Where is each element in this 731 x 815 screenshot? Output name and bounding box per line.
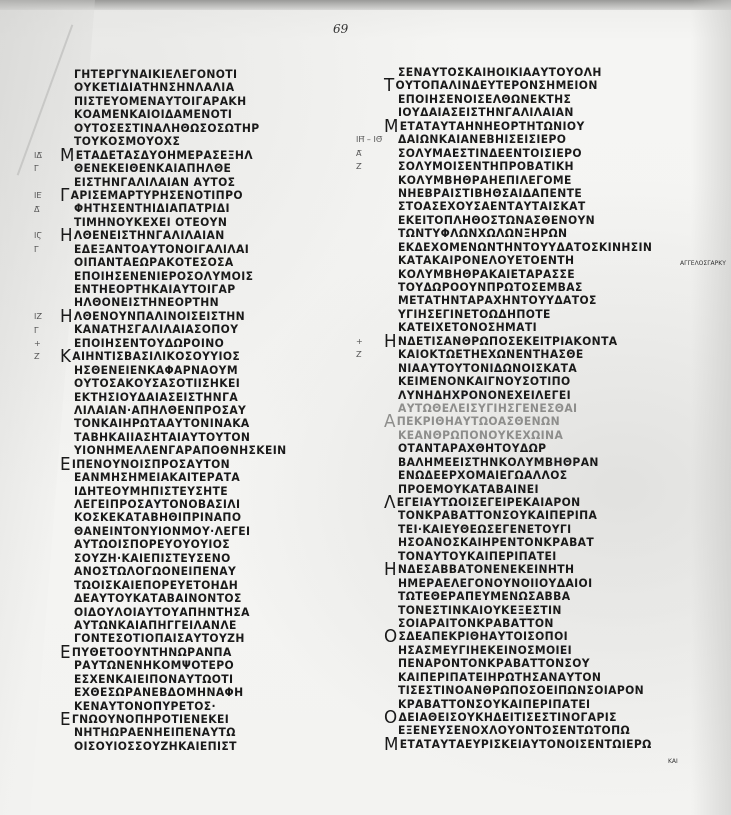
manuscript-line: ΚΑΤΕΙΧΕΤΟΝΟΣΗΜΑΤΙ <box>398 321 677 334</box>
manuscript-line: ΛΙΛΑΙΑΝ·ΑΠΗΛΘΕΝΠΡΟΣΑΥ <box>74 404 325 417</box>
eusebian-section-mark: Γ̅ <box>34 245 38 254</box>
manuscript-line: ΚΑΤΑΚΑΙΡΟΝΕΛΟΥΕΤΟΕΝΤΗ <box>398 254 677 267</box>
manuscript-line: ΘΑΝΕΙΝΤΟΝΥΙΟΝΜΟΥ·ΛΕΓΕΙ <box>74 525 325 538</box>
manuscript-line: ΤΙΣΕΣΤΙΝΟΑΝΘΡΩΠΟΣΟΕΙΠΩΝΣΟΙΑΡΟΝ <box>398 684 677 697</box>
manuscript-line: ΕΧΘΕΣΩΡΑΝΕΒΔΟΜΗΝΑΦΗ <box>74 686 325 699</box>
manuscript-line: ΑΥΤΩΟΙΣΠΟΡΕΥΟΥΟΥΙΟΣ <box>74 538 325 551</box>
manuscript-line: ΒΑΛΗΜΕΕΙΣΤΗΝΚΟΛΥΜΒΗΘΡΑΝ <box>398 456 677 469</box>
manuscript-line: ΤΟΝΚΡΑΒΑΤΤΟΝΣΟΥΚΑΙΠΕΡΙΠΑ <box>398 509 677 522</box>
enlarged-initial: Μ <box>384 734 399 755</box>
manuscript-line: ΓΗΤΕΡΓΥΝΑΙΚΙΕΛΕΓΟΝΟΤΙ <box>74 68 325 81</box>
line-text: ΓΝΩΟΥΝΟΠΗΡΟΤΙΕΝΕΚΕΙ <box>72 712 229 726</box>
eusebian-section-mark: ΙΖ̅ <box>34 312 42 321</box>
eusebian-section-mark: ΙΗ̅ – ΙΘ̅ <box>356 135 382 144</box>
manuscript-line: ΙΔΗΤΕΟΥΜΗΠΙΣΤΕΥΣΗΤΕ <box>74 485 325 498</box>
manuscript-line: ΑΥΤΩΝΚΑΙΑΠΗΓΓΕΙΛΑΝΛΕ <box>74 619 325 632</box>
manuscript-line: ΗΝΔΕΤΙΣΑΝΘΡΩΠΟΣΕΚΕΙΤΡΙΑΚΟΝΤΑ <box>384 335 676 348</box>
manuscript-line: ΟΔΕΙΑΘΕΙΣΟΥΚΗΔΕΙΤΙΣΕΣΤΙΝΟΓΑΡΙΣ <box>384 711 676 724</box>
manuscript-line: ΥΓΙΗΣΕΓΙΝΕΤΟΩΔΗΠΟΤΕ <box>398 308 677 321</box>
manuscript-line: ΕΙΠΕΝΟΥΝΟΙΣΠΡΟΣΑΥΤΟΝ <box>60 458 324 471</box>
manuscript-line: ΚΑΙΗΝΤΙΣΒΑΣΙΛΙΚΟΣΟΥΥΙΟΣ <box>60 350 324 363</box>
manuscript-line: ΤΟΥΤΟΠΑΛΙΝΔΕΥΤΕΡΟΝΣΗΜΕΙΟΝ <box>384 79 676 92</box>
manuscript-line: ΕΠΟΙΗΣΕΝΟΙΣΕΛΘΩΝΕΚΤΗΣ <box>398 93 677 106</box>
manuscript-line: ΣΕΝΑΥΤΟΣΚΑΙΗΟΙΚΙΑΑΥΤΟΥΟΛΗ <box>398 66 677 79</box>
manuscript-line: ΡΑΥΤΩΝΕΝΗΚΟΜΨΟΤΕΡΟ <box>74 659 325 672</box>
manuscript-line: ΤΟΝΚΑΙΗΡΩΤΑΑΥΤΟΝΙΝΑΚΑ <box>74 417 325 430</box>
manuscript-line: ΟΙΣΟΥΙΟΣΣΟΥΖΗΚΑΙΕΠΙΣΤ <box>74 740 325 753</box>
corrector-note: ΚΑΙ <box>668 758 678 765</box>
manuscript-line: ΕΞΕΝΕΥΣΕΝΟΧΛΟΥΟΝΤΟΣΕΝΤΩΤΟΠΩ <box>398 724 677 737</box>
eusebian-section-mark: + <box>34 339 41 348</box>
line-text: ΝΔΕΤΙΣΑΝΘΡΩΠΟΣΕΚΕΙΤΡΙΑΚΟΝΤΑ <box>398 334 618 348</box>
manuscript-line: ΚΕΑΝΘΡΩΠΟΝΟΥΚΕΧΩΙΝΑ <box>398 429 677 442</box>
enlarged-initial: Κ <box>60 346 71 367</box>
manuscript-line: ΗΛΘΕΝΕΙΣΤΗΝΓΑΛΙΛΑΙΑΝ <box>60 229 324 242</box>
eusebian-section-mark: Α̅ <box>356 149 361 158</box>
manuscript-line: ΣΟΛΥΜΟΙΣΕΝΤΗΠΡΟΒΑΤΙΚΗ <box>398 160 677 173</box>
page-top-edge <box>0 0 731 10</box>
manuscript-line: ΤΙΜΗΝΟΥΚΕΧΕΙ ΟΤΕΟΥΝ <box>74 216 325 229</box>
manuscript-line: ΕΓΝΩΟΥΝΟΠΗΡΟΤΙΕΝΕΚΕΙ <box>60 713 324 726</box>
manuscript-line: ΜΕΤΑΤΑΥΤΑΕΥΡΙΣΚΕΙΑΥΤΟΝΟΙΣΕΝΤΩΙΕΡΩ <box>384 738 676 751</box>
manuscript-line: ΕΔΕΞΑΝΤΟΑΥΤΟΝΟΙΓΑΛΙΛΑΙ <box>74 243 325 256</box>
manuscript-line: ΕΠΥΘΕΤΟΟΥΝΤΗΝΩΡΑΝΠΑ <box>60 646 324 659</box>
line-text: ΙΠΕΝΟΥΝΟΙΣΠΡΟΣΑΥΤΟΝ <box>72 457 230 471</box>
eusebian-section-mark: Ζ̅ <box>356 162 361 171</box>
line-text: ΕΤΑΔΕΤΑΣΔΥΟΗΜΕΡΑΣΕΞΗΛ <box>76 148 253 162</box>
manuscript-line: ΤΟΥΔΩΡΟΟΥΝΠΡΩΤΟΣΕΜΒΑΣ <box>398 281 677 294</box>
manuscript-line: ΛΕΓΕΙΑΥΤΩΟΙΣΕΓΕΙΡΕΚΑΙΑΡΟΝ <box>384 496 676 509</box>
manuscript-line: ΣΟΥΖΗ·ΚΑΙΕΠΙΣΤΕΥΣΕΝΟ <box>74 552 325 565</box>
enlarged-initial: Ε <box>60 642 71 663</box>
manuscript-line: ΔΑΙΩΝΚΑΙΑΝΕΒΗΙΣΕΙΣΙΕΡΟ <box>398 133 677 146</box>
manuscript-line: ΗΝΔΕΣΑΒΒΑΤΟΝΕΝΕΚΕΙΝΗΤΗ <box>384 563 676 576</box>
enlarged-initial: Γ <box>60 185 70 206</box>
enlarged-initial: Η <box>384 559 397 580</box>
line-text: ΕΤΑΤΑΥΤΑΗΝΗΕΟΡΤΗΤΩΝΙΟΥ <box>400 119 585 133</box>
enlarged-initial: Η <box>384 331 397 352</box>
manuscript-line: ΚΕΙΜΕΝΟΝΚΑΙΓΝΟΥΣΟΤΙΠΟ <box>398 375 677 388</box>
manuscript-line: ΕΠΟΙΗΣΕΝΕΝΙΕΡΟΣΟΛΥΜΟΙΣ <box>74 270 325 283</box>
manuscript-line: ΝΙΑΑΥΤΟΥΤΟΝΙΔΩΝΟΙΣΚΑΤΑ <box>398 362 677 375</box>
manuscript-line: ΛΕΓΕΙΠΡΟΣΑΥΤΟΝΟΒΑΣΙΛΙ <box>74 498 325 511</box>
right-column: ΣΕΝΑΥΤΟΣΚΑΙΗΟΙΚΙΑΑΥΤΟΥΟΛΗΤΟΥΤΟΠΑΛΙΝΔΕΥΤΕ… <box>398 66 698 751</box>
manuscript-line: ΠΡΟΕΜΟΥΚΑΤΑΒΑΙΝΕΙ <box>398 483 677 496</box>
manuscript-line: ΤΟΝΕΣΤΙΝΚΑΙΟΥΚΕΞΕΣΤΙΝ <box>398 604 677 617</box>
manuscript-line: ΗΛΘΕΝΟΥΝΠΑΛΙΝΟΙΣΕΙΣΤΗΝ <box>60 310 324 323</box>
manuscript-line: ΕΣΧΕΝΚΑΙΕΙΠΟΝΑΥΤΩΟΤΙ <box>74 673 325 686</box>
manuscript-line: ΚΑΙΟΚΤΩΕΤΗΕΧΩΝΕΝΤΗΑΣΘΕ <box>398 348 677 361</box>
manuscript-page: 69 ΓΗΤΕΡΓΥΝΑΙΚΙΕΛΕΓΟΝΟΤΙΟΥΚΕΤΙΔΙΑΤΗΝΣΗΝΛ… <box>0 0 731 815</box>
manuscript-line: ΗΜΕΡΑΕΛΕΓΟΝΟΥΝΟΙΙΟΥΔΑΙΟΙ <box>398 577 677 590</box>
manuscript-line: ΕΚΕΙΤΟΠΛΗΘΟΣΤΩΝΑΣΘΕΝΟΥΝ <box>398 214 677 227</box>
eusebian-section-mark: Δ̅ <box>34 205 39 214</box>
manuscript-line: ΚΟΣΚΕΚΑΤΑΒΗΘΙΠΡΙΝΑΠΟ <box>74 511 325 524</box>
manuscript-line: ΚΟΛΥΜΒΗΘΡΑΗΕΠΙΛΕΓΟΜΕ <box>398 174 677 187</box>
eusebian-section-mark: Ζ̅ <box>356 350 361 359</box>
manuscript-line: ΕΑΝΜΗΣΗΜΕΙΑΚΑΙΤΕΡΑΤΑ <box>74 471 325 484</box>
enlarged-initial: Ο <box>384 626 398 647</box>
manuscript-line: ΚΑΙΠΕΡΙΠΑΤΕΙΗΡΩΤΗΣΑΝΑΥΤΟΝ <box>398 671 677 684</box>
manuscript-line: ΜΕΤΑΤΗΝΤΑΡΑΧΗΝΤΟΥΥΔΑΤΟΣ <box>398 294 677 307</box>
line-text: ΝΔΕΣΑΒΒΑΤΟΝΕΝΕΚΕΙΝΗΤΗ <box>398 562 574 576</box>
manuscript-line: ΤΕΙ·ΚΑΙΕΥΘΕΩΣΕΓΕΝΕΤΟΥΓΙ <box>398 523 677 536</box>
enlarged-initial: Ο <box>384 707 398 728</box>
line-text: ΠΕΚΡΙΘΗΑΥΤΩΟΑΣΘΕΝΩΝ <box>397 414 560 428</box>
manuscript-line: ΕΠΟΙΗΣΕΝΤΟΥΔΩΡΟΙΝΟ <box>74 337 325 350</box>
line-text: ΛΘΕΝΕΙΣΤΗΝΓΑΛΙΛΑΙΑΝ <box>74 228 225 242</box>
manuscript-line: ΥΙΟΝΗΜΕΛΛΕΝΓΑΡΑΠΟΘΝΗΣΚΕΙΝ <box>74 444 325 457</box>
manuscript-line: ΤΩΟΙΣΚΑΙΕΠΟΡΕΥΕΤΟΗΔΗ <box>74 579 325 592</box>
manuscript-line: ΟΥΚΕΤΙΔΙΑΤΗΝΣΗΝΛΑΛΙΑ <box>74 81 325 94</box>
line-text: ΑΙΗΝΤΙΣΒΑΣΙΛΙΚΟΣΟΥΥΙΟΣ <box>72 349 240 363</box>
manuscript-line: ΤΟΥΚΟΣΜΟΥΟΧΣ <box>74 135 325 148</box>
manuscript-line: ΟΤΑΝΤΑΡΑΧΘΗΤΟΥΔΩΡ <box>398 442 677 455</box>
eusebian-section-mark: + <box>356 337 363 346</box>
manuscript-line: ΤΑΒΗΚΑΙΙΑΣΗΤΑΙΑΥΤΟΥΤΟΝ <box>74 431 325 444</box>
manuscript-line: ΤΩΝΤΥΦΛΩΝΧΩΛΩΝΞΗΡΩΝ <box>398 227 677 240</box>
enlarged-initial: Τ <box>384 75 395 96</box>
eusebian-section-mark: Γ̅ <box>34 326 38 335</box>
manuscript-line: ΚΟΑΜΕΝΚΑΙΟΙΔΑΜΕΝΟΤΙ <box>74 108 325 121</box>
manuscript-line: ΕΚΤΗΣΙΟΥΔΑΙΑΣΕΙΣΤΗΝΓΑ <box>74 391 325 404</box>
enlarged-initial: Ε <box>60 454 71 475</box>
manuscript-line: ΟΙΠΑΝΤΑΕΩΡΑΚΟΤΕΣΟΣΑ <box>74 256 325 269</box>
manuscript-line: ΜΕΤΑΔΕΤΑΣΔΥΟΗΜΕΡΑΣΕΞΗΛ <box>60 149 324 162</box>
manuscript-line: ΚΕΝΑΥΤΟΝΟΠΥΡΕΤΟΣ· <box>74 700 325 713</box>
manuscript-line: ΔΕΑΥΤΟΥΚΑΤΑΒΑΙΝΟΝΤΟΣ <box>74 592 325 605</box>
manuscript-line: ΟΣΔΕΑΠΕΚΡΙΘΗΑΥΤΟΙΣΟΠΟΙ <box>384 630 676 643</box>
enlarged-initial: Α <box>384 411 396 432</box>
manuscript-line: ΝΗΕΒΡΑΙΣΤΙΒΗΘΣΑΙΔΑΠΕΝΤΕ <box>398 187 677 200</box>
manuscript-line: ΓΑΡΙΣΕΜΑΡΤΥΡΗΣΕΝΟΤΙΠΡΟ <box>60 189 324 202</box>
eusebian-section-mark: ΙΔ̅ <box>34 151 42 160</box>
manuscript-line: ΝΗΤΗΩΡΑΕΝΗΕΙΠΕΝΑΥΤΩ <box>74 726 325 739</box>
manuscript-line: ΣΟΙΑΡΑΙΤΟΝΚΡΑΒΑΤΤΟΝ <box>398 617 677 630</box>
enlarged-initial: Ε <box>60 709 71 730</box>
manuscript-line: ΕΝΤΗΕΟΡΤΗΚΑΙΑΥΤΟΙΓΑΡ <box>74 283 325 296</box>
eusebian-section-mark: Ζ̅ <box>34 352 39 361</box>
line-text: ΕΤΑΤΑΥΤΑΕΥΡΙΣΚΕΙΑΥΤΟΝΟΙΣΕΝΤΩΙΕΡΩ <box>400 737 652 751</box>
manuscript-line: ΑΝΟΣΤΩΛΟΓΩΟΝΕΙΠΕΝΑΥ <box>74 565 325 578</box>
manuscript-line: ΗΛΘΟΝΕΙΣΤΗΝΕΟΡΤΗΝ <box>74 296 325 309</box>
manuscript-line: ΗΣΟΑΝΟΣΚΑΙΗΡΕΝΤΟΝΚΡΑΒΑΤ <box>398 536 677 549</box>
manuscript-line: ΑΥΤΩΘΕΛΕΙΣΥΓΙΗΣΓΕΝΕΣΘΑΙ <box>398 402 677 415</box>
folio-number: 69 <box>333 22 348 36</box>
manuscript-line: ΗΣΑΣΜΕΥΓΙΗΕΚΕΙΝΟΣΜΟΙΕΙ <box>398 644 677 657</box>
manuscript-line: ΦΗΤΗΣΕΝΤΗΙΔΙΑΠΑΤΡΙΔΙ <box>74 202 325 215</box>
line-text: ΣΔΕΑΠΕΚΡΙΘΗΑΥΤΟΙΣΟΠΟΙ <box>398 629 568 643</box>
manuscript-line: ΕΙΣΤΗΝΓΑΛΙΛΑΙΑΝ ΑΥΤΟΣ <box>74 176 325 189</box>
manuscript-line: ΠΙΣΤΕΥΟΜΕΝΑΥΤΟΙΓΑΡΑΚΗ <box>74 95 325 108</box>
line-text: ΛΘΕΝΟΥΝΠΑΛΙΝΟΙΣΕΙΣΤΗΝ <box>74 309 245 323</box>
manuscript-line: ΛΥΝΗΔΗΧΡΟΝΟΝΕΧΕΙΛΕΓΕΙ <box>398 389 677 402</box>
enlarged-initial: Μ <box>384 116 399 137</box>
manuscript-line: ΟΙΔΟΥΛΟΙΑΥΤΟΥΑΠΗΝΤΗΣΑ <box>74 606 325 619</box>
manuscript-line: ΣΤΟΑΣΕΧΟΥΣΑΕΝΤΑΥΤΑΙΣΚΑΤ <box>398 200 677 213</box>
manuscript-line: ΚΡΑΒΑΤΤΟΝΣΟΥΚΑΙΠΕΡΙΠΑΤΕΙ <box>398 698 677 711</box>
corrector-note: ΑΓΓΕΛΟΣΓΑΡΚΥ <box>680 260 726 267</box>
eusebian-section-mark: ΙϚ̅ <box>34 231 42 240</box>
line-text: ΔΕΙΑΘΕΙΣΟΥΚΗΔΕΙΤΙΣΕΣΤΙΝΟΓΑΡΙΣ <box>398 710 616 724</box>
enlarged-initial: Η <box>60 225 73 246</box>
line-text: ΑΡΙΣΕΜΑΡΤΥΡΗΣΕΝΟΤΙΠΡΟ <box>71 188 243 202</box>
manuscript-line: ΠΕΝΑΡΟΝΤΟΝΚΡΑΒΑΤΤΟΝΣΟΥ <box>398 657 677 670</box>
manuscript-line: ΤΩΤΕΘΕΡΑΠΕΥΜΕΝΩΣΑΒΒΑ <box>398 590 677 603</box>
eusebian-section-mark: ΙΕ̅ <box>34 191 41 200</box>
manuscript-line: ΑΠΕΚΡΙΘΗΑΥΤΩΟΑΣΘΕΝΩΝ <box>384 415 676 428</box>
manuscript-line: ΟΥΤΟΣΕΣΤΙΝΑΛΗΘΩΣΟΣΩΤΗΡ <box>74 122 325 135</box>
manuscript-line: ΙΟΥΔΑΙΑΣΕΙΣΤΗΝΓΑΛΙΛΑΙΑΝ <box>398 106 677 119</box>
manuscript-line: ΣΟΛΥΜΑΕΣΤΙΝΔΕΕΝΤΟΙΣΙΕΡΟ <box>398 147 677 160</box>
manuscript-line: ΗΣΘΕΝΕΙΕΝΚΑΦΑΡΝΑΟΥΜ <box>74 364 325 377</box>
manuscript-line: ΤΟΝΑΥΤΟΥΚΑΙΠΕΡΙΠΑΤΕΙ <box>398 550 677 563</box>
manuscript-line: ΚΑΝΑΤΗΣΓΑΛΙΛΑΙΑΣΟΠΟΥ <box>74 323 325 336</box>
manuscript-line: ΟΥΤΟΣΑΚΟΥΣΑΣΟΤΙΙΣΗΚΕΙ <box>74 377 325 390</box>
enlarged-initial: Λ <box>384 492 396 513</box>
line-text: ΕΓΕΙΑΥΤΩΟΙΣΕΓΕΙΡΕΚΑΙΑΡΟΝ <box>397 495 581 509</box>
manuscript-line: ΚΟΛΥΜΒΗΘΡΑΚΑΙΕΤΑΡΑΣΣΕ <box>398 268 677 281</box>
enlarged-initial: Μ <box>60 145 75 166</box>
eusebian-section-mark: Γ̅ <box>34 164 38 173</box>
manuscript-line: ΘΕΝΕΚΕΙΘΕΝΚΑΙΑΠΗΛΘΕ <box>74 162 325 175</box>
manuscript-line: ΜΕΤΑΤΑΥΤΑΗΝΗΕΟΡΤΗΤΩΝΙΟΥ <box>384 120 676 133</box>
line-text: ΠΥΘΕΤΟΟΥΝΤΗΝΩΡΑΝΠΑ <box>72 645 232 659</box>
line-text: ΟΥΤΟΠΑΛΙΝΔΕΥΤΕΡΟΝΣΗΜΕΙΟΝ <box>396 78 598 92</box>
manuscript-line: ΓΟΝΤΕΣΟΤΙΟΠΑΙΣΑΥΤΟΥΖΗ <box>74 632 325 645</box>
manuscript-line: ΕΚΔΕΧΟΜΕΝΩΝΤΗΝΤΟΥΥΔΑΤΟΣΚΙΝΗΣΙΝ <box>398 241 677 254</box>
manuscript-line: ΕΝΩΔΕΕΡΧΟΜΑΙΕΓΩΑΛΛΟΣ <box>398 469 677 482</box>
left-column: ΓΗΤΕΡΓΥΝΑΙΚΙΕΛΕΓΟΝΟΤΙΟΥΚΕΤΙΔΙΑΤΗΝΣΗΝΛΑΛΙ… <box>74 68 344 753</box>
enlarged-initial: Η <box>60 306 73 327</box>
